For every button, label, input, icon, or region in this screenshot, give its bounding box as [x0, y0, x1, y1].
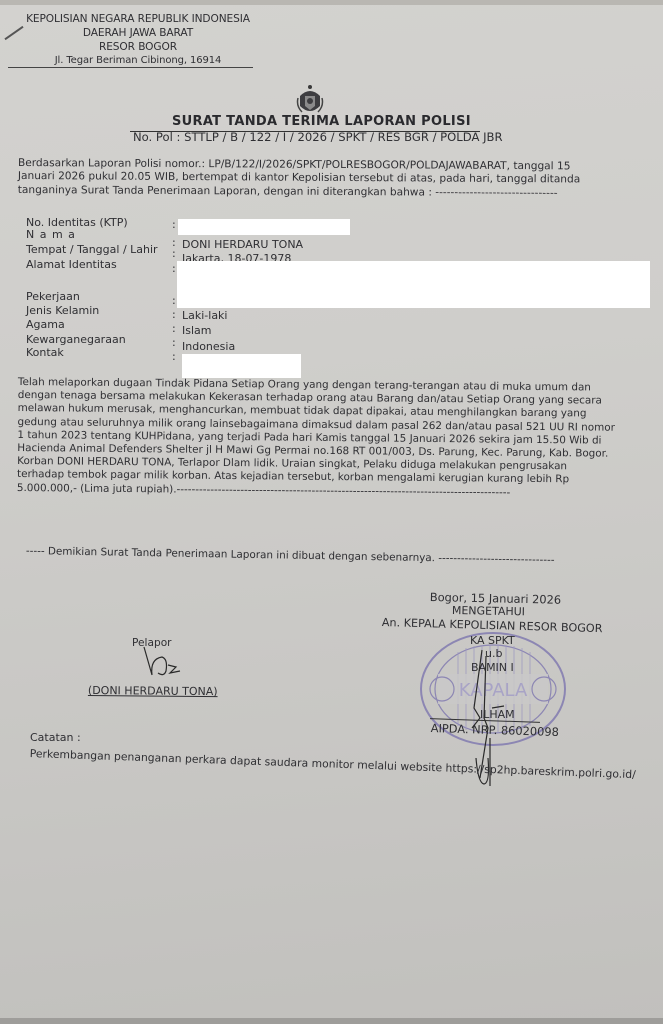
redacted-contact [182, 354, 301, 378]
field-colon: : [172, 336, 176, 349]
letterhead-line-2: DAERAH JAWA BARAT [0, 27, 278, 39]
field-label-pekerjaan: Pekerjaan [26, 290, 80, 303]
field-value-kewarganegaraan: Indonesia [182, 340, 235, 353]
field-label-kewarganegaraan: Kewarganegaraan [26, 333, 126, 346]
letterhead-line-1: KEPOLISIAN NEGARA REPUBLIK INDONESIA [0, 13, 278, 25]
field-label-nama: N a m a [26, 228, 76, 241]
unit-label: KA SPKT [470, 634, 515, 647]
document-number: No. Pol : STTLP / B / 122 / I / 2026 / S… [133, 130, 503, 144]
field-value-agama: Islam [182, 324, 212, 337]
note-label: Catatan : [30, 731, 81, 744]
report-paragraph: Telah melaporkan dugaan Tindak Pidana Se… [17, 376, 644, 501]
reporter-signature [140, 645, 185, 680]
letterhead-address: Jl. Tegar Beriman Cibinong, 16914 [0, 55, 278, 66]
intro-line: tanganinya Surat Tanda Penerimaan Lapora… [18, 184, 644, 201]
field-label-alamat: Alamat Identitas [26, 258, 117, 271]
note-text: Perkembangan penanganan perkara dapat sa… [30, 747, 636, 781]
field-colon: : [172, 322, 176, 335]
field-value-jenis-kelamin: Laki-laki [182, 309, 228, 322]
redacted-ktp [178, 219, 350, 235]
field-value-nama: DONI HERDARU TONA [182, 238, 303, 251]
reporter-name: (DONI HERDARU TONA) [88, 684, 218, 698]
paper-bottom-edge [0, 1018, 663, 1024]
field-colon: : [172, 262, 176, 275]
acknowledged-label: MENGETAHUI [452, 604, 525, 618]
letterhead-line-3: RESOR BOGOR [0, 41, 278, 53]
field-colon: : [172, 218, 176, 231]
intro-paragraph: Berdasarkan Laporan Polisi nomor.: LP/B/… [18, 157, 644, 201]
paper-top-edge [0, 0, 663, 5]
redacted-address-occupation [177, 261, 650, 308]
field-label-ttl: Tempat / Tanggal / Lahir [26, 243, 158, 256]
field-colon: : [172, 350, 176, 363]
field-label-agama: Agama [26, 318, 65, 331]
field-colon: : [172, 308, 176, 321]
field-label-kontak: Kontak [26, 346, 64, 359]
closing-statement: ----- Demikian Surat Tanda Penerimaan La… [26, 545, 555, 566]
field-label-jenis-kelamin: Jenis Kelamin [26, 304, 99, 317]
letterhead-underline [8, 67, 253, 68]
police-crest-icon [296, 84, 324, 116]
field-colon: : [172, 247, 176, 260]
document-title: SURAT TANDA TERIMA LAPORAN POLISI [172, 114, 471, 129]
field-colon: : [172, 294, 176, 307]
